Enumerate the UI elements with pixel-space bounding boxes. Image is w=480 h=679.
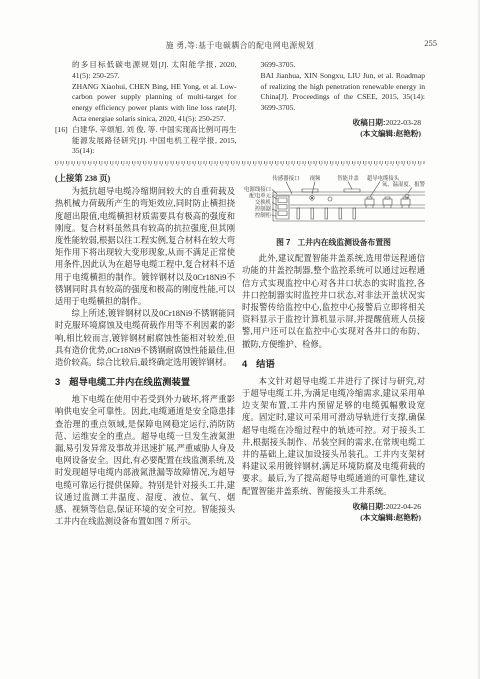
received-date-value: 2022-03-28 (386, 118, 421, 127)
figure-label-smart-cover: 智能井盖 (337, 174, 359, 182)
reference-16-chinese: 白建华, 辛颂旭, 刘 俊, 等. 中国实现高比例可再生能源发展路径研究[J].… (72, 125, 237, 156)
article-received-date-label: 收稿日期: (353, 502, 386, 511)
section-4-number: 4 (242, 359, 247, 369)
reference-16-english: BAI Jianhua, XIN Songxu, LIU Jun, et al.… (244, 71, 426, 114)
page-number: 255 (424, 38, 437, 48)
references-right-column: 3699-3705. BAI Jianhua, XIN Songxu, LIU … (244, 60, 426, 157)
paragraph-monitoring: 地下电缆在使用中若受到外力破坏,将严重影响供电安全可靠性。因此,电缆通道是安全隐… (55, 394, 235, 528)
figure-7-caption-number: 图 7 (276, 238, 290, 247)
received-date-line: 收稿日期:2022-03-28 (244, 117, 426, 129)
section-4-heading: 4结语 (242, 358, 425, 370)
previous-article-dates: 收稿日期:2022-03-28 (本文编辑:赵艳粉) (244, 117, 426, 140)
reference-15-english: ZHANG Xiaohui, CHEN Bing, HE Yong, et al… (55, 82, 237, 125)
reference-16-tail: 3699-3705. (244, 60, 426, 71)
figure-label-env-sensors: 氧、温湿度、报警 (382, 180, 425, 188)
figure-7-diagram: 传感器接口 视频 智能井盖 超导电缆接头 氧、温湿度、报警 电源线接口 配电单元… (242, 174, 425, 236)
article-received-date-line: 收稿日期:2022-04-26 (242, 501, 425, 513)
article-dates: 收稿日期:2022-04-26 (本文编辑:赵艳粉) (242, 501, 425, 524)
paragraph-material-choice: 综上所述,镀锌钢材以及0Cr18Ni9不锈钢能同时克服环境腐蚀及电缆荷载作用等不… (55, 308, 235, 369)
figure-label-controller: 控制器 (255, 205, 272, 213)
figure-7-caption: 图 7工井内在线监测设备布置图 (242, 237, 425, 249)
figure-label-cable-joint: 超导电缆接头 (367, 174, 400, 182)
journal-page: 施 勇,等:基于电碳耦合的配电网电源规划 255 的多目标低碳电源规划[J]. … (0, 0, 480, 679)
section-3-number: 3 (55, 377, 60, 387)
figure-label-power-unit: 配电单元 (249, 192, 271, 200)
section-3-title: 超导电缆工井内在线监测装置 (69, 377, 190, 387)
article-right-column: 传感器接口 视频 智能井盖 超导电缆接头 氧、温湿度、报警 电源线接口 配电单元… (242, 172, 425, 528)
references-left-column: 的多目标低碳电源规划[J]. 太阳能学报, 2020, 41(5): 250-2… (55, 60, 237, 157)
figure-label-cabinet: 控制柜 (255, 211, 272, 219)
received-date-label: 收稿日期: (353, 118, 386, 127)
figure-label-video: 视频 (310, 174, 321, 182)
article-editor-note: (本文编辑:赵艳粉) (242, 512, 425, 524)
references-section: 的多目标低碳电源规划[J]. 太阳能学报, 2020, 41(5): 250-2… (55, 60, 425, 157)
figure-label-switch: 交换机 (255, 198, 272, 206)
running-header: 施 勇,等:基于电碳耦合的配电网电源规划 255 (55, 40, 425, 60)
figure-label-power-port: 电源线接口 (244, 185, 271, 193)
ornament-divider (55, 161, 425, 166)
reference-16-number: [16] (55, 125, 72, 136)
continuation-note: (上接第 238 页) (55, 172, 235, 185)
paragraph-smart-cover: 此外,建议配置智能井盖系统,选用带远程通信功能的井盖控制器,整个监控系统可以通过… (242, 253, 425, 351)
article-body: (上接第 238 页) 为抵抗超导电缆冷缩期间较大的自重荷载及热机械力荷载所产生… (55, 172, 425, 528)
editor-note: (本文编辑:赵艳粉) (244, 128, 426, 140)
figure-7-caption-title: 工井内在线监测设备布置图 (297, 238, 391, 247)
paragraph-cable-crossarm: 为抵抗超导电缆冷缩期间较大的自重荷载及热机械力荷载所产生的弯矩效应,同时防止横担… (55, 186, 235, 308)
paragraph-conclusion: 本文针对超导电缆工井进行了探讨与研究,对于超导电缆工井,为满足电缆冷缩需求,建议… (242, 376, 425, 498)
figure-7: 传感器接口 视频 智能井盖 超导电缆接头 氧、温湿度、报警 电源线接口 配电单元… (242, 174, 425, 236)
figure-label-sensor-port: 传感器接口 (273, 174, 300, 182)
article-received-date-value: 2022-04-26 (386, 502, 421, 511)
running-title: 施 勇,等:基于电碳耦合的配电网电源规划 (55, 40, 425, 51)
section-3-heading: 3超导电缆工井内在线监测装置 (55, 376, 235, 388)
reference-15-chinese-tail: 的多目标低碳电源规划[J]. 太阳能学报, 2020, 41(5): 250-2… (55, 60, 237, 82)
section-4-title: 结语 (256, 359, 275, 369)
article-left-column: (上接第 238 页) 为抵抗超导电缆冷缩期间较大的自重荷载及热机械力荷载所产生… (55, 172, 235, 528)
reference-16: [16]白建华, 辛颂旭, 刘 俊, 等. 中国实现高比例可再生能源发展路径研究… (55, 125, 237, 157)
